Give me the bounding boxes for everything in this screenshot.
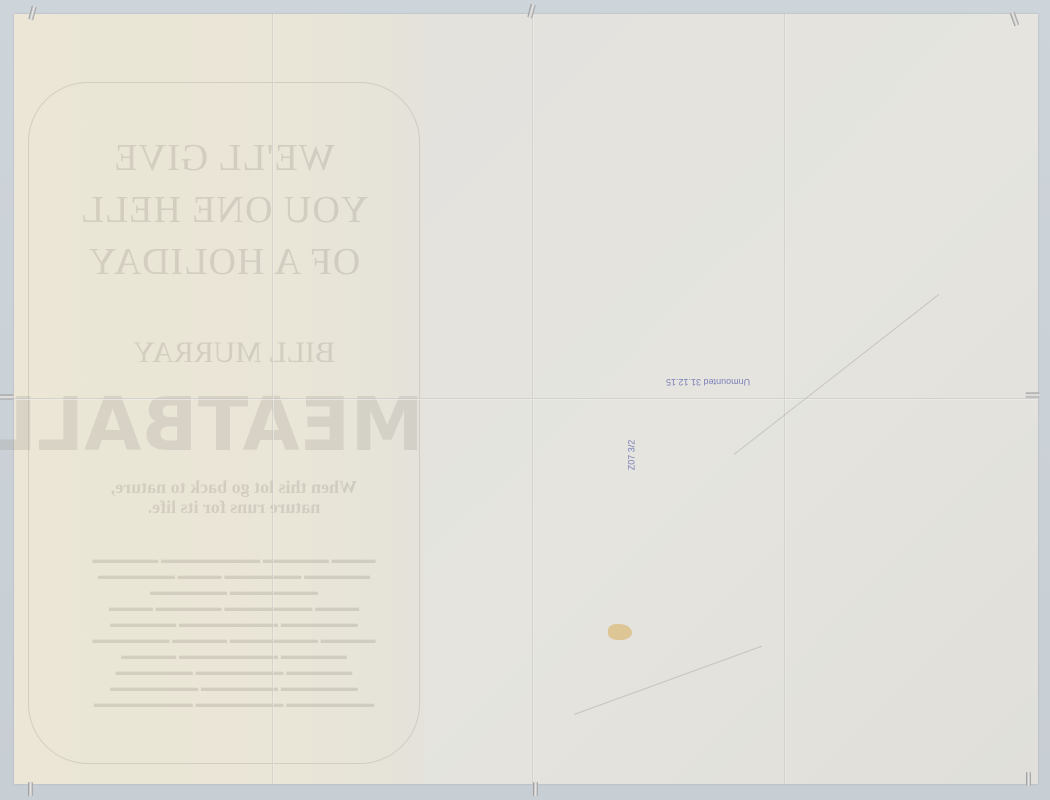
show-through-star: BILL MURRAY (74, 336, 394, 370)
show-through-title: MEATBALLS (54, 382, 424, 468)
show-through-tagline: When this lot go back to nature, nature … (54, 477, 414, 517)
fold-line-horizontal (14, 398, 1038, 400)
stain-mark (608, 624, 632, 640)
pen-note-mid: Z07 3/2 (626, 440, 636, 471)
show-through-headline: WE'LL GIVE YOU ONE HELL OF A HOLIDAY (54, 132, 394, 288)
clip-bottom-left (28, 782, 33, 796)
show-through-credits: ▬▬▬▬ ▬▬▬▬▬▬ ▬▬▬▬▬▬▬▬▬ ▬▬▬▬▬▬ ▬▬▬▬▬▬ ▬▬▬▬… (54, 552, 414, 712)
clip-left-middle (0, 395, 14, 400)
pencil-note-top: Unmounted 31.12.15 (666, 377, 750, 387)
clip-bottom-center (533, 782, 538, 796)
clip-right-middle (1026, 393, 1040, 398)
clip-bottom-right (1026, 772, 1031, 786)
poster-back: WE'LL GIVE YOU ONE HELL OF A HOLIDAY BIL… (14, 14, 1038, 784)
